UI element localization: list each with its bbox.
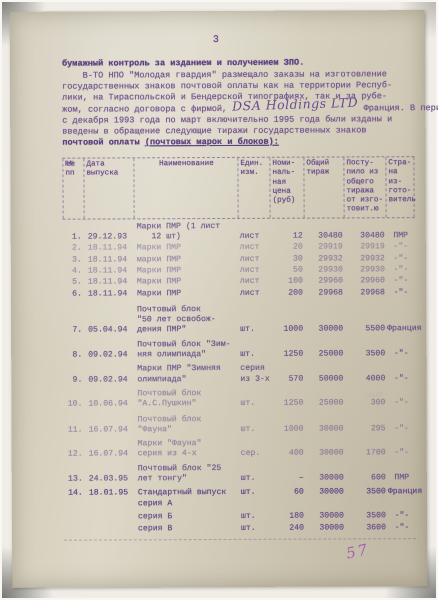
stamp-name: Марки ПМР [135, 277, 239, 288]
issue-date: 16.07.94 [86, 425, 136, 436]
table-row: серия Бшт.180300003500-"- [64, 511, 416, 523]
stamp-name: Стандартный выпуск серия А [136, 488, 240, 509]
nominal-price: 100 [271, 277, 305, 287]
manufacturer-country: Франция [387, 325, 415, 335]
manufacturer-country: -"- [388, 523, 416, 533]
received-amount: 29930 [345, 265, 387, 275]
table-header-cell: Наименование [134, 158, 238, 218]
unit: шт. [239, 325, 271, 335]
typed-text: В-ТО НПО "Молодая гвардия" размещало зак… [62, 69, 387, 80]
unit: шт. [240, 425, 272, 435]
total-print-run: 30000 [306, 488, 346, 498]
unit: лист [239, 277, 271, 287]
nominal-price: 570 [271, 374, 305, 384]
row-number: 7. [63, 326, 85, 336]
scan-frame: 3 бумажный контроль за изданием и получе… [0, 0, 438, 600]
issue-date: 09.02.94 [85, 375, 135, 386]
row-number: 5. [63, 278, 85, 288]
nominal-price: 1250 [271, 399, 305, 409]
table-row: 6.18.11.94Марки ПМРлист2002996829968-"- [63, 288, 415, 300]
total-print-run: 30000 [306, 524, 346, 534]
nominal-price: 1250 [271, 350, 305, 360]
manufacturer-country: -"- [387, 349, 415, 359]
table-header-cell: Номи- наль- ная цена (руб) [270, 158, 304, 218]
stamp-name: Почтовый блок "50 лет освобож- дения ПМР… [135, 305, 239, 336]
stamp-name: Марки ПМР "Зимняя олимпиада" [135, 364, 239, 385]
received-amount: 29960 [345, 277, 387, 287]
table-row: 2.18.11.94Марки ПМРлист202991929919-"- [63, 243, 415, 255]
table-body: 1.29.12.93Марки ПМР (1 лист 12 шт)лист12… [63, 218, 416, 540]
table-header: №№ ппДата выпускаНаименованиеЕдин. изм.Н… [62, 156, 414, 219]
stamp-name: Почтовый блок "Фауна" [136, 414, 240, 435]
table-header-cell: №№ пп [62, 159, 84, 219]
stamp-name: серия В [136, 524, 240, 535]
total-print-run: 30000 [306, 449, 346, 459]
stamp-name: Марки ПМР [135, 243, 239, 254]
issue-date: 16.07.94 [86, 450, 136, 461]
issue-date: 29.12.93 [85, 232, 135, 243]
total-print-run: 25000 [305, 349, 345, 359]
unit: сер. [240, 449, 272, 459]
stamp-name: Марки ПМР (1 лист 12 шт) [135, 222, 239, 243]
received-amount: 3600 [346, 523, 388, 533]
typed-text: жом, согласно договора с фирмой, [62, 104, 232, 115]
unit: лист [239, 243, 271, 253]
manufacturer-country: -"- [387, 398, 415, 408]
table-header-cell: Един. изм. [238, 158, 270, 218]
row-number: 2. [63, 244, 85, 254]
row-number: 4. [63, 267, 85, 277]
stamp-name: Почтовый блок "А.С.Пушкин" [135, 389, 239, 410]
issue-date: 18.11.94 [85, 289, 135, 300]
table-row: 12.16.07.94Марки "Фауна" серия из 4-хсер… [64, 438, 416, 460]
received-amount: 30480 [345, 231, 387, 241]
manufacturer-country: -"- [387, 254, 415, 264]
manufacturer-country: -"- [387, 374, 415, 384]
nominal-price: 180 [272, 512, 306, 522]
total-print-run: 30480 [305, 232, 345, 242]
table-header-cell: Общий тираж [304, 157, 344, 217]
paragraph-line: введены в обращение следующие тиражи гос… [62, 125, 411, 138]
issue-date: 10.06.94 [85, 400, 135, 411]
typed-text: Франция. В период [358, 103, 438, 113]
table-row: 9.09.02.94Марки ПМР "Зимняя олимпиада"се… [63, 363, 415, 385]
received-amount: 29968 [345, 288, 387, 298]
handwritten-firm-annotation: DSA Holdings LTD [232, 99, 358, 111]
table-row: 13.24.03.95Почтовый блок "25 лет тонгу"ш… [64, 463, 416, 485]
row-number: 9. [63, 375, 85, 385]
total-print-run: 25000 [305, 399, 345, 409]
total-print-run: 29930 [305, 265, 345, 275]
intro-paragraph: В-ТО НПО "Молодая гвардия" размещало зак… [62, 69, 411, 149]
nominal-price: 1000 [272, 424, 306, 434]
received-amount: 3500 [346, 511, 388, 521]
document-page: 3 бумажный контроль за изданием и получе… [10, 10, 428, 588]
stamp-name: марки ПМР [135, 255, 239, 266]
row-number: 14. [64, 489, 86, 499]
total-print-run: 50000 [305, 374, 345, 384]
unit: лист [239, 266, 271, 276]
received-amount: 3500 [346, 488, 388, 498]
table-row: серия Вшт.240300003600-"- [64, 523, 416, 535]
manufacturer-country: -"- [388, 424, 416, 434]
nominal-price: 1000 [271, 325, 305, 335]
row-number: 6. [63, 289, 85, 299]
total-print-run: 29968 [305, 288, 345, 298]
typed-text: введены в обращение следующие тиражи гос… [62, 125, 366, 136]
received-amount: 1700 [346, 449, 388, 459]
manufacturer-country: -"- [387, 265, 415, 275]
issue-date: 18.11.94 [85, 266, 135, 277]
nominal-price: 12 [271, 232, 305, 242]
received-amount: 29919 [345, 243, 387, 253]
stamp-name: Марки "Фауна" серия из 4-х [136, 439, 240, 460]
paragraph-line: почтовой оплаты (почтовых марок и блоков… [62, 136, 411, 149]
row-number: 12. [64, 450, 86, 460]
nominal-price: 200 [271, 288, 305, 298]
unit: лист [239, 254, 271, 264]
table-header-cell: Посту- пило из общего тиража от изго- то… [344, 157, 386, 217]
stamp-name: серия Б [136, 512, 240, 523]
faint-pencil-note: 19349 [364, 390, 384, 403]
typed-text: с декабря 1993 года по март включительно… [62, 114, 392, 125]
stamp-name: Марки ПМР [135, 288, 239, 299]
table-row: 7.05.04.94Почтовый блок "50 лет освобож-… [63, 304, 415, 336]
intro-line: бумажный контроль за изданием и получени… [62, 57, 411, 69]
total-print-run: 29919 [305, 243, 345, 253]
received-amount: 600 [346, 473, 388, 483]
unit: шт. [240, 488, 272, 498]
nominal-price: 30 [271, 254, 305, 264]
table-row: 1.29.12.93Марки ПМР (1 лист 12 шт)лист12… [63, 221, 415, 243]
handwritten-corner-number: 57 [344, 540, 370, 562]
issue-date: 18.11.94 [85, 255, 135, 266]
table-row: 14.18.01.95Стандартный выпуск серия Ашт.… [64, 487, 416, 509]
table-row: 3.18.11.94марки ПМРлист302993229932-"- [63, 254, 415, 266]
row-number: 11. [64, 425, 86, 435]
table-row: 11.16.07.94Почтовый блок "Фауна"шт.10003… [64, 414, 416, 436]
manufacturer-country: -"- [387, 288, 415, 298]
page-number: 3 [62, 34, 371, 46]
manufacturer-country: Франция [388, 487, 416, 497]
unit: шт. [240, 474, 272, 484]
nominal-price: 20 [271, 243, 305, 253]
total-print-run: 29960 [305, 277, 345, 287]
scan-background: 3 бумажный контроль за изданием и получе… [2, 2, 436, 598]
total-print-run: 30000 [306, 473, 346, 483]
received-amount: 29932 [345, 254, 387, 264]
issue-date: 05.04.94 [85, 326, 135, 337]
received-amount: 3500 [345, 349, 387, 359]
row-number: 10. [63, 400, 85, 410]
manufacturer-country: ПМР [388, 473, 416, 483]
received-amount: 5500 [345, 325, 387, 335]
manufacturer-country: -"- [388, 449, 416, 459]
manufacturer-country: -"- [387, 276, 415, 286]
total-print-run: 29932 [305, 254, 345, 264]
table-header-cell: Дата выпуска [84, 158, 134, 218]
stamp-name: Почтовый блок "25 лет тонгу" [136, 464, 240, 485]
table-row: 4.18.11.94Марки ПМРлист502993029930-"- [63, 265, 415, 277]
table-header-cell: Стра- на из- гото- витель [386, 157, 414, 217]
manufacturer-country: -"- [388, 511, 416, 521]
stamp-name: Почтовый блок "Зим- няя олимпиада" [135, 340, 239, 361]
stamps-table: №№ ппДата выпускаНаименованиеЕдин. изм.Н… [62, 156, 416, 540]
unit: лист [239, 232, 271, 242]
received-amount: 4000 [345, 374, 387, 384]
manufacturer-country: ПМР [387, 231, 415, 241]
row-number: 3. [63, 255, 85, 265]
unit: шт. [240, 512, 272, 522]
nominal-price: 60 [272, 488, 306, 498]
nominal-price: – [272, 474, 306, 484]
unit: шт. [239, 399, 271, 409]
received-amount: 30019349 [345, 398, 387, 408]
issue-date: 09.02.94 [85, 350, 135, 361]
issue-date: 18.11.94 [85, 278, 135, 289]
typed-text: государственных знаков почтовой оплаты к… [62, 80, 392, 91]
total-print-run: 30000 [305, 325, 345, 335]
row-number: 13. [64, 475, 86, 485]
unit: лист [239, 288, 271, 298]
nominal-price: 240 [272, 524, 306, 534]
manufacturer-country: -"- [387, 243, 415, 253]
row-number: 8. [63, 351, 85, 361]
issue-date: 24.03.95 [86, 474, 136, 485]
total-print-run: 30000 [306, 424, 346, 434]
issue-date: 18.11.94 [85, 244, 135, 255]
unit: шт. [239, 350, 271, 360]
unit: шт. [240, 524, 272, 534]
typed-text: почтовой оплаты [62, 137, 145, 147]
table-row: 8.09.02.94Почтовый блок "Зим- няя олимпи… [63, 339, 415, 361]
row-number: 1. [63, 233, 85, 243]
nominal-price: 50 [271, 266, 305, 276]
typed-text: (почтовых марок и блоков): [145, 137, 279, 148]
nominal-price: 400 [272, 449, 306, 459]
table-row: 5.18.11.94Марки ПМРлист1002996029960-"- [63, 276, 415, 288]
stamp-name: Марки ПМР [135, 266, 239, 277]
received-amount: 295 [346, 424, 388, 434]
issue-date: 18.01.95 [86, 489, 136, 500]
unit: серия из 3-х [239, 364, 271, 385]
total-print-run: 30000 [306, 511, 346, 521]
table-row: 10.10.06.94Почтовый блок "А.С.Пушкин"шт.… [63, 388, 415, 410]
